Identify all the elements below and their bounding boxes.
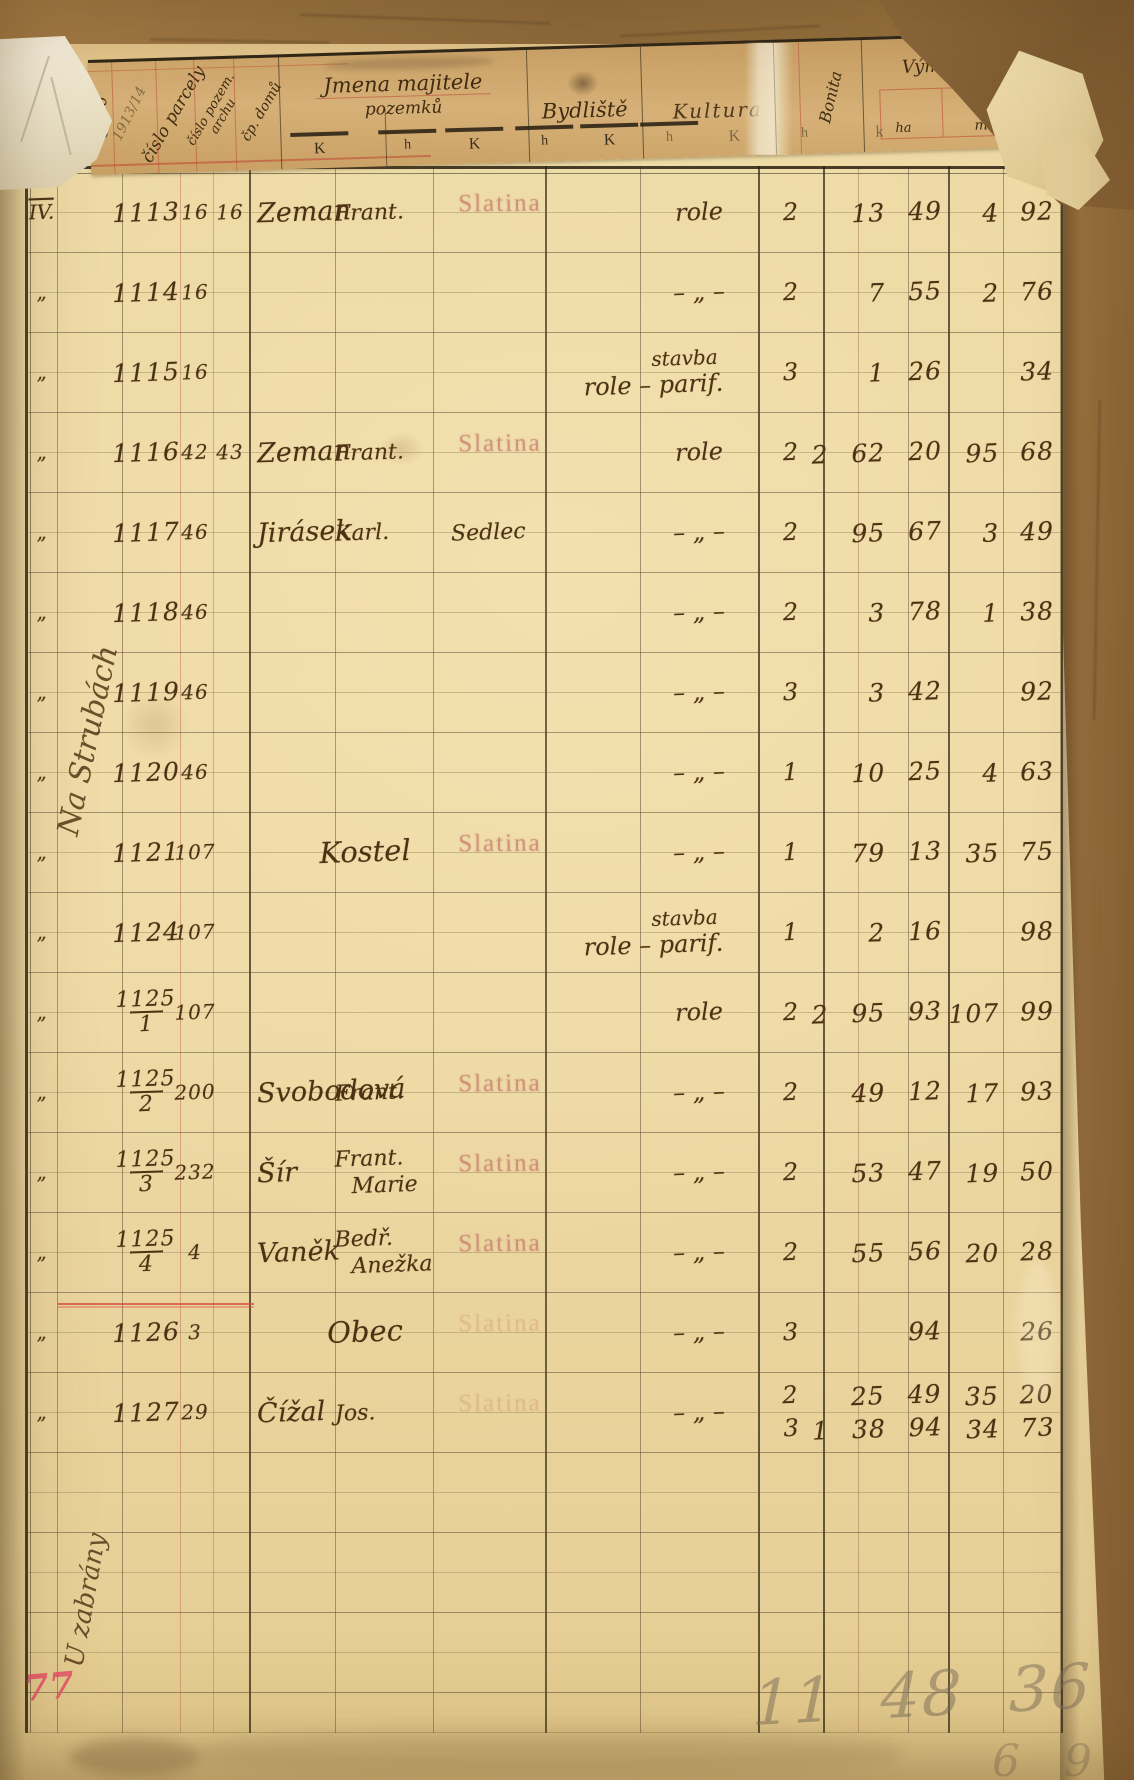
ledger-row: „111746JirásekKarl.Sedlec295 673 49– „ – [0, 492, 1134, 572]
cell-parcel: 11254 [113, 1211, 180, 1293]
pencil-note-small: 6 9 [992, 1736, 1092, 1780]
cell-surname: Jirásek [248, 490, 345, 573]
cell-vymera: 3 78 [824, 570, 952, 654]
slatina-stamp: Slatina [444, 1310, 556, 1345]
cell-surname: Šír [248, 1130, 345, 1213]
slatina-stamp: Slatina [444, 430, 556, 465]
strip-border-fragment [580, 123, 638, 129]
cell-bonita: 2 [757, 251, 825, 333]
column-header-bonita: Bonita [815, 69, 846, 125]
cell-bonita: 1 [757, 731, 825, 813]
slatina-stamp: Slatina [444, 1070, 556, 1105]
cell-surname: Kostel [248, 808, 457, 895]
strip-border-fragment [515, 125, 573, 131]
ledger-row: Slatina„11164243ZemanFrant.22 62 2095 68… [0, 412, 1134, 492]
ledger-row: Slatina„1121107Kostel179 1335 75– „ – [0, 812, 1134, 892]
ledger-row: „11194633 4292– „ – [0, 652, 1134, 732]
vymera-sub-ha: ha [895, 121, 912, 136]
kh-cell: h [527, 133, 561, 150]
cell-ord: „ [24, 1051, 60, 1132]
cell-right: 19 50 [947, 1130, 1066, 1214]
cell-vymera: 13 49 [824, 170, 952, 254]
cell-right: 35 2034 73 [947, 1370, 1066, 1454]
cell-vymera: 94 [824, 1290, 952, 1374]
column-header-jmena-line1: Jmena majitele [315, 69, 491, 99]
cell-vymera: 2 16 [824, 890, 952, 974]
cell-kultura: – „ – [639, 570, 760, 654]
ledger-row: Slatina„11263Obec39426– „ – [0, 1292, 1134, 1372]
slatina-stamp: Slatina [444, 830, 556, 865]
cell-kultura: – „ – [639, 250, 760, 334]
cell-vymera: 3 42 [824, 650, 952, 734]
cell-ord: „ [24, 1371, 60, 1452]
cell-right: 17 93 [947, 1050, 1066, 1134]
strip-black-vline [640, 47, 644, 159]
cell-parcel: 1114 [113, 251, 180, 333]
cell-arch: 232 [177, 1131, 214, 1212]
kh-cell: K [592, 131, 627, 150]
ledger-row: Slatina„11252200SvobodováFrant.249 1217 … [0, 1052, 1134, 1132]
cell-bonita: 1 [757, 891, 825, 973]
cell-parcel: 1120 [113, 731, 180, 813]
slatina-stamp: Slatina [444, 190, 556, 225]
slatina-stamp: Slatina [444, 1230, 556, 1265]
cell-parcel: 11253 [113, 1131, 180, 1213]
cell-right: 26 [947, 1290, 1066, 1374]
cell-surname: Svobodová [248, 1050, 345, 1133]
cell-ord: „ [24, 971, 60, 1052]
cell-arch: 46 [177, 731, 214, 812]
cell-bonita: 2 [757, 1051, 825, 1133]
cell-right: 35 75 [947, 810, 1066, 894]
cell-residence: Sedlec [432, 490, 563, 574]
slatina-stamp: Slatina [444, 1150, 556, 1185]
cell-arch: 46 [177, 491, 214, 572]
cell-first: Frant.Marie [334, 1130, 435, 1213]
cell-bonita: 3 [757, 331, 825, 413]
cell-right: 34 [947, 330, 1066, 414]
cell-first: Frant. [334, 170, 435, 253]
cell-surname: Obec [248, 1288, 457, 1375]
strip-stain [567, 70, 600, 97]
cell-ord: „ [24, 1211, 60, 1292]
kh-cell: h [390, 137, 424, 154]
slatina-stamp: Slatina [444, 1390, 556, 1425]
cell-parcel: 1124 [113, 891, 180, 973]
strip-border-fragment [378, 129, 436, 135]
header-scribble: 1913/14 [110, 84, 150, 143]
ledger-row: „112046110 254 63– „ – [0, 732, 1134, 812]
cell-first: Jos. [334, 1370, 435, 1453]
cell-surname: Vaněk [248, 1210, 345, 1293]
cell-bonita: 2 [757, 1131, 825, 1213]
cell-vymera: 10 25 [824, 730, 952, 814]
cell-parcel: 1121 [113, 811, 180, 893]
cell-kultura: stavbarole – parif. [547, 328, 760, 415]
ledger-row: „11141627 552 76– „ – [0, 252, 1134, 332]
cell-arch: 16 [177, 331, 214, 412]
cell-bonita: 2 [757, 171, 825, 253]
cell-arch: 46 [177, 651, 214, 732]
cell-right: 107 99 [947, 970, 1066, 1054]
cell-arch: 107 [177, 971, 214, 1052]
cell-first: Karl. [334, 490, 435, 573]
cell-arch: 107 [177, 891, 214, 972]
cell-right: 1 38 [947, 570, 1066, 654]
cell-vymera: 7 55 [824, 250, 952, 334]
ledger-row: „11151631 2634stavbarole – parif. [0, 332, 1134, 412]
cell-parcel: 11251 [113, 971, 180, 1053]
cell-arch: 42 [177, 411, 214, 492]
strip-tear [744, 43, 793, 155]
cell-ord: „ [24, 731, 60, 812]
cell-bonita: 2 [757, 491, 825, 573]
cell-arch: 29 [177, 1371, 214, 1452]
cell-parcel: 1116 [113, 411, 180, 493]
cell-arch: 3 [177, 1291, 214, 1372]
strip-red-rule-top [88, 63, 348, 72]
cell-vymera: 1 26 [824, 330, 952, 414]
cell-right: 20 28 [947, 1210, 1066, 1294]
cell-vymera: 55 56 [824, 1210, 952, 1294]
strip-red-vline [111, 62, 115, 174]
cell-kultura: – „ – [639, 810, 760, 894]
cell-vymera: 53 47 [824, 1130, 952, 1214]
cell-surname: Zeman [248, 410, 345, 493]
cell-kultura: stavbarole – parif. [547, 888, 760, 975]
cell-arch: 16 [177, 171, 214, 252]
cell-parcel: 1127 [113, 1371, 180, 1453]
cell-parcel: 1119 [113, 651, 180, 733]
cell-arch: 4 [177, 1211, 214, 1292]
kh-cell: h [787, 125, 821, 142]
cell-kultura: – „ – [639, 1130, 760, 1214]
ledger-scan-page: SlatinaIV.11131616ZemanFrant.213 494 92r… [0, 0, 1134, 1780]
cell-kultura: – „ – [639, 1370, 760, 1454]
cell-kultura: – „ – [639, 1210, 760, 1294]
cell-surname: Čížal [248, 1370, 345, 1453]
cell-right: 92 [947, 650, 1066, 734]
cell-parcel: 1126 [113, 1291, 180, 1373]
cell-right: 95 68 [947, 410, 1066, 494]
cell-arch: 200 [177, 1051, 214, 1132]
kh-cell: K [302, 140, 337, 159]
kh-cell: h [652, 129, 686, 146]
cell-ord: „ [24, 491, 60, 572]
cell-parcel: 11252 [113, 1051, 180, 1133]
cell-house: 16 [211, 171, 250, 252]
cell-ord: „ [24, 251, 60, 332]
cell-arch: 107 [177, 811, 214, 892]
patch-fold [50, 77, 71, 155]
ledger-row: SlatinaIV.11131616ZemanFrant.213 494 92r… [0, 172, 1134, 252]
kh-cell: K [457, 135, 492, 154]
cell-bonita: 3 [757, 1291, 825, 1373]
patch-fold [20, 56, 50, 142]
cell-vymera: 49 12 [824, 1050, 952, 1134]
cell-vymera: 95 67 [824, 490, 952, 574]
cell-kultura: role [639, 410, 760, 494]
cell-kultura: – „ – [639, 1050, 760, 1134]
strip-black-vline [861, 40, 865, 152]
cell-kultura: – „ – [639, 1290, 760, 1374]
strip-black-vline [278, 57, 282, 169]
column-header-jmena-line2: pozemků [316, 96, 492, 121]
column-header-bydliste: Bydliště [541, 97, 628, 124]
cell-kultura: role [639, 170, 760, 254]
cell-bonita: 1 [757, 811, 825, 893]
strip-border-fragment [290, 131, 348, 137]
ledger-row: Slatina„112729ČížalJos.2325 491 38 9435 … [0, 1372, 1134, 1452]
cell-first: Bedř.Anežka [334, 1210, 435, 1293]
cell-right: 2 76 [947, 250, 1066, 334]
strip-border-fragment [445, 127, 503, 133]
cell-ord: „ [24, 1291, 60, 1372]
cell-vymera: 79 13 [824, 810, 952, 894]
cell-kultura: – „ – [639, 730, 760, 814]
cell-vymera: 2 62 20 [824, 410, 952, 494]
page-number-red: 77 [22, 1664, 76, 1710]
cell-ord: „ [24, 331, 60, 412]
cell-right: 98 [947, 890, 1066, 974]
strip-border-fragment [640, 121, 698, 127]
cell-vymera: 25 491 38 94 [824, 1370, 952, 1454]
strip-black-vline [526, 50, 530, 162]
cell-first: Frant. [334, 1050, 435, 1133]
cell-parcel: 1115 [113, 331, 180, 413]
cell-bonita: 2 [757, 571, 825, 653]
ledger-row: „112410712 1698stavbarole – parif. [0, 892, 1134, 972]
ledger-row: „11184623 781 38– „ – [0, 572, 1134, 652]
ledger-row: Slatina„112544VaněkBedř.Anežka255 5620 2… [0, 1212, 1134, 1292]
cell-ord: „ [24, 651, 60, 732]
cell-right: 4 63 [947, 730, 1066, 814]
cell-parcel: 1117 [113, 491, 180, 573]
column-header-jmena: Jmena majitele pozemků [315, 69, 491, 121]
cell-kultura: – „ – [639, 650, 760, 734]
cell-bonita: 3 [757, 651, 825, 733]
cell-first: Frant. [334, 410, 435, 493]
cell-kultura: role [639, 970, 760, 1054]
cell-parcel: 1113 [113, 171, 180, 253]
cell-surname: Zeman [248, 170, 345, 253]
cell-arch: 16 [177, 251, 214, 332]
ledger-row: Slatina„11253232ŠírFrant.Marie253 4719 5… [0, 1132, 1134, 1212]
vymera-subheader-divider [941, 89, 943, 137]
cell-bonita: 2 [757, 1211, 825, 1293]
cell-ord: „ [24, 571, 60, 652]
cell-arch: 46 [177, 571, 214, 652]
cell-ord: „ [24, 1131, 60, 1212]
cell-vymera: 2 95 93 [824, 970, 952, 1054]
ledger-row: „1125110722 95 93107 99role [0, 972, 1134, 1052]
kh-cell: k [862, 123, 897, 142]
cell-ord: „ [24, 411, 60, 492]
cell-kultura: – „ – [639, 490, 760, 574]
cell-house: 43 [211, 411, 250, 492]
table-rows: SlatinaIV.11131616ZemanFrant.213 494 92r… [0, 0, 1134, 1780]
cell-right: 3 49 [947, 490, 1066, 574]
